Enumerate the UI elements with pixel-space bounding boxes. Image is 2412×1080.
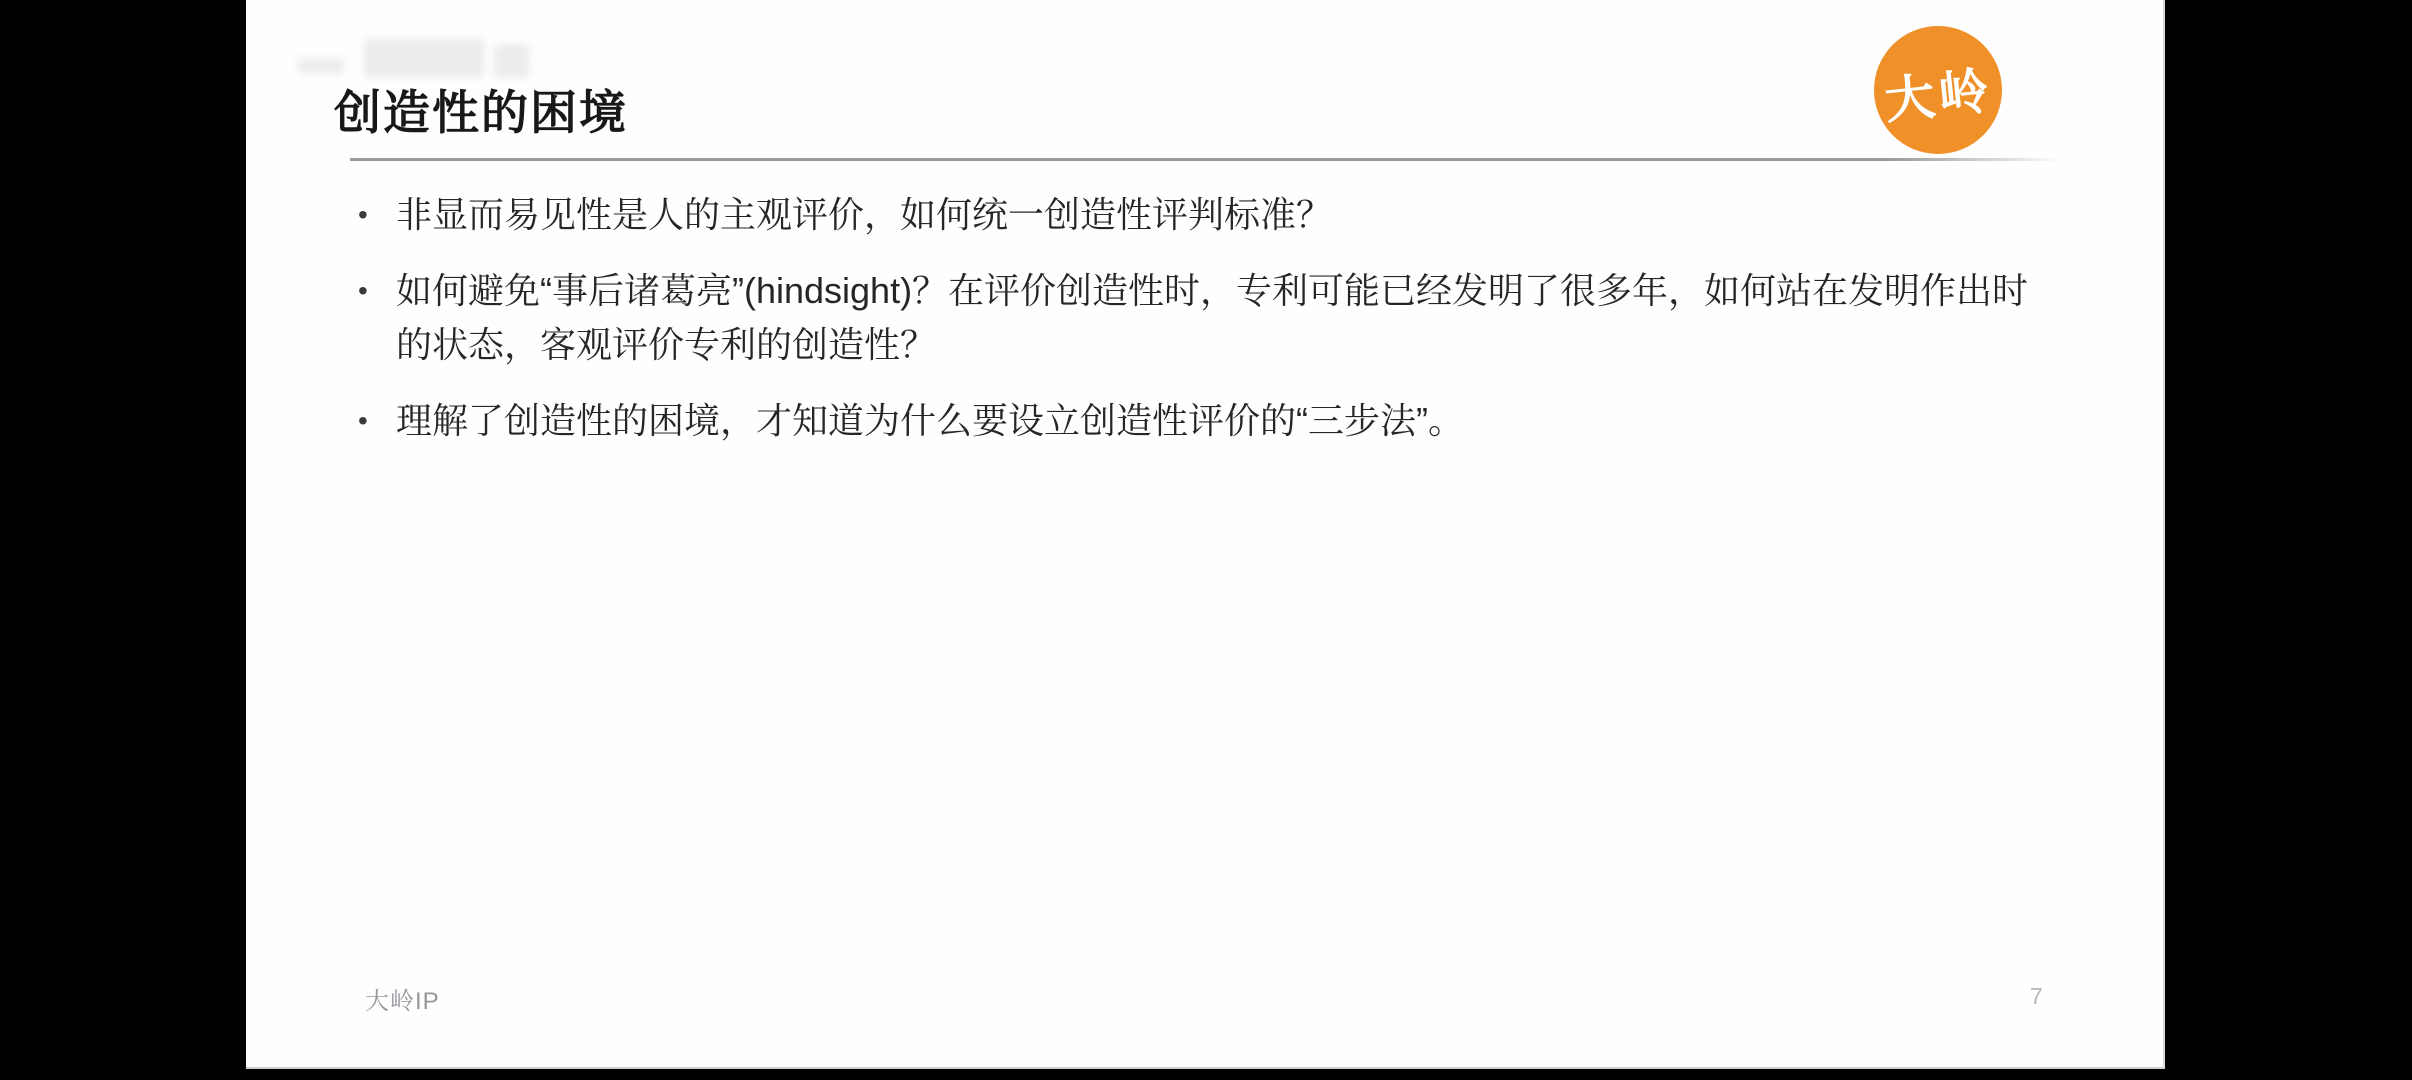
bullet-item: • 如何避免“事后诸葛亮”(hindsight)？在评价创造性时，专利可能已经发… <box>354 264 2064 372</box>
title-divider-line <box>350 158 2062 161</box>
bullet-dot-icon: • <box>354 188 396 242</box>
watermark-smudge-part <box>364 38 484 78</box>
daling-logo: 大岭 <box>1874 26 2002 154</box>
presentation-slide: 创造性的困境 大岭 • 非显而易见性是人的主观评价，如何统一创造性评判标准？ •… <box>246 0 2165 1069</box>
bullet-item: • 理解了创造性的困境，才知道为什么要设立创造性评价的“三步法”。 <box>354 394 2064 448</box>
slide-title: 创造性的困境 <box>334 76 628 143</box>
footer-brand: 大岭IP <box>365 981 440 1016</box>
bullet-text: 理解了创造性的困境，才知道为什么要设立创造性评价的“三步法”。 <box>396 394 2056 448</box>
daling-logo-text: 大岭 <box>1881 51 1996 134</box>
watermark-smudge-part <box>494 44 530 78</box>
bullet-text: 如何避免“事后诸葛亮”(hindsight)？在评价创造性时，专利可能已经发明了… <box>396 264 2056 372</box>
watermark-smudge-part <box>298 58 344 74</box>
bullet-item: • 非显而易见性是人的主观评价，如何统一创造性评判标准？ <box>354 188 2064 242</box>
page-number: 7 <box>2030 983 2043 1010</box>
bullet-dot-icon: • <box>354 264 396 318</box>
bullet-text: 非显而易见性是人的主观评价，如何统一创造性评判标准？ <box>396 188 2056 242</box>
bullet-dot-icon: • <box>354 394 396 448</box>
letterboxed-stage: 创造性的困境 大岭 • 非显而易见性是人的主观评价，如何统一创造性评判标准？ •… <box>0 0 2412 1080</box>
bullet-list: • 非显而易见性是人的主观评价，如何统一创造性评判标准？ • 如何避免“事后诸葛… <box>354 188 2064 448</box>
